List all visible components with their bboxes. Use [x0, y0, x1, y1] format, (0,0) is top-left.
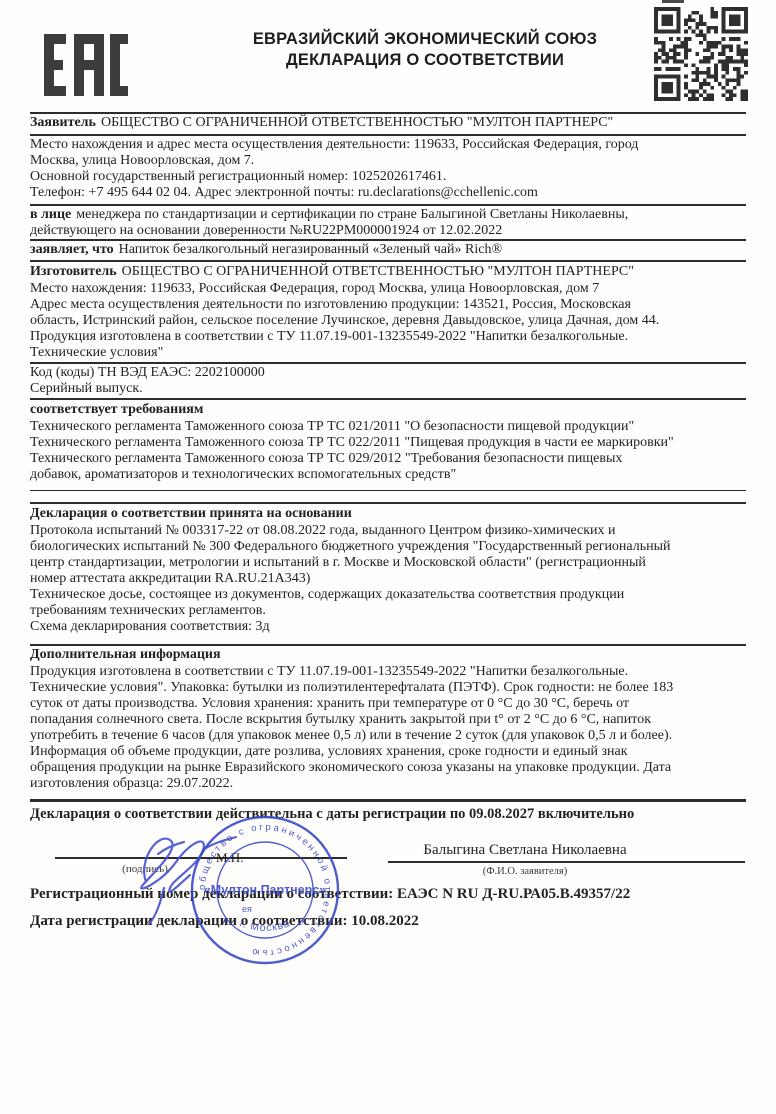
document-page: ЕВРАЗИЙСКИЙ ЭКОНОМИЧЕСКИЙ СОЮЗ ДЕКЛАРАЦИ… — [0, 0, 776, 1114]
basis-line: Протокола испытаний № 003317-22 от 08.08… — [30, 523, 746, 539]
representative-row: в лицеменеджера по стандартизации и серт… — [30, 207, 746, 223]
manufacturer-value: ОБЩЕСТВО С ОГРАНИЧЕННОЙ ОТВЕТСТВЕННОСТЬЮ… — [122, 264, 634, 279]
basis-line: Техническое досье, состоящее из документ… — [30, 587, 746, 603]
divider-line — [30, 502, 746, 504]
svg-text:г. Москва: г. Москва — [238, 917, 292, 934]
manufacturer-detail-line: Место нахождения: 119633, Российская Фед… — [30, 281, 746, 297]
compliance-line: Технического регламента Таможенного союз… — [30, 435, 746, 451]
tnved-code-line: Код (коды) ТН ВЭД ЕАЭС: 2202100000 — [30, 365, 746, 381]
compliance-line: добавок, ароматизаторов и технологически… — [30, 467, 746, 483]
fio-line — [388, 861, 745, 863]
divider-line — [30, 204, 746, 206]
divider-line — [30, 799, 746, 802]
applicant-value: ОБЩЕСТВО С ОГРАНИЧЕННОЙ ОТВЕТСТВЕННОСТЬЮ… — [101, 115, 613, 130]
manufacturer-detail-line: Адрес места осуществления деятельности п… — [30, 297, 746, 313]
document-header: ЕВРАЗИЙСКИЙ ЭКОНОМИЧЕСКИЙ СОЮЗ ДЕКЛАРАЦИ… — [150, 29, 700, 71]
manufacturer-row: ИзготовительОБЩЕСТВО С ОГРАНИЧЕННОЙ ОТВЕ… — [30, 264, 746, 280]
union-title: ЕВРАЗИЙСКИЙ ЭКОНОМИЧЕСКИЙ СОЮЗ — [150, 29, 700, 50]
divider-line — [30, 398, 746, 400]
basis-line: требованиям технических регламентов. — [30, 603, 746, 619]
product-name: Напиток безалкогольный негазированный «З… — [119, 242, 502, 257]
stamp-city-text: г. Москва — [238, 917, 292, 934]
basis-line: Схема декларирования соответствия: 3д — [30, 619, 746, 635]
stamp-star-left: * — [222, 916, 227, 931]
additional-info-line: суток от даты производства. Условия хран… — [30, 696, 746, 712]
representative-label: в лице — [30, 207, 71, 222]
divider-line — [30, 134, 746, 136]
declarant-name: Балыгина Светлана Николаевна — [390, 842, 660, 858]
additional-info-line: Информация об объеме продукции, дате роз… — [30, 744, 746, 760]
declares-row: заявляет, чтоНапиток безалкогольный нега… — [30, 242, 746, 258]
applicant-ogrn-line: Основной государственный регистрационный… — [30, 169, 746, 185]
stamp-fragment: ея — [242, 904, 252, 914]
additional-info-heading: Дополнительная информация — [30, 647, 746, 663]
applicant-label: Заявитель — [30, 115, 96, 130]
additional-info-line: Технические условия". Упаковка: бутылки … — [30, 680, 746, 696]
representative-line1: менеджера по стандартизации и сертификац… — [76, 207, 628, 222]
basis-line: биологических испытаний № 300 Федерально… — [30, 539, 746, 555]
manufacturer-detail-line: Технические условия" — [30, 345, 746, 361]
divider-line — [30, 490, 746, 491]
compliance-line: Технического регламента Таможенного союз… — [30, 419, 746, 435]
document-title: ДЕКЛАРАЦИЯ О СООТВЕТСТВИИ — [150, 50, 700, 71]
compliance-line: Технического регламента Таможенного союз… — [30, 451, 746, 467]
manufacturer-detail-line: область, Истринский район, сельское посе… — [30, 313, 746, 329]
divider-line — [30, 112, 746, 114]
basis-line: номер аттестата аккредитации RA.RU.21А34… — [30, 571, 746, 587]
divider-line — [30, 644, 746, 646]
applicant-contact-line: Телефон: +7 495 644 02 04. Адрес электро… — [30, 185, 746, 201]
compliance-heading: соответствует требованиям — [30, 402, 746, 418]
applicant-row: ЗаявительОБЩЕСТВО С ОГРАНИЧЕННОЙ ОТВЕТСТ… — [30, 115, 746, 131]
fio-caption: (Ф.И.О. заявителя) — [390, 864, 660, 880]
additional-info-line: употребить в течение 6 часов (для упаков… — [30, 728, 746, 744]
serial-output-line: Серийный выпуск. — [30, 381, 746, 397]
stamp-company-name: «Мултон Партнерс» — [204, 883, 326, 897]
divider-line — [30, 239, 746, 241]
representative-line2: действующего на основании доверенности №… — [30, 223, 746, 239]
additional-info-line: изготовления образца: 29.07.2022. — [30, 776, 746, 792]
basis-heading: Декларация о соответствии принята на осн… — [30, 506, 746, 522]
basis-line: центр стандартизации, метрологии и испыт… — [30, 555, 746, 571]
declares-label: заявляет, что — [30, 242, 114, 257]
manufacturer-label: Изготовитель — [30, 264, 117, 279]
eac-mark-logo — [44, 34, 128, 96]
scan-artifact — [662, 0, 684, 3]
company-stamp: общество с ограниченной ответственностью… — [187, 812, 343, 968]
manufacturer-detail-line: Продукция изготовлена в соответствии с Т… — [30, 329, 746, 345]
divider-line — [30, 362, 746, 364]
applicant-address-line: Место нахождения и адрес места осуществл… — [30, 137, 746, 153]
stamp-star-right: * — [301, 916, 306, 931]
qr-code — [654, 7, 748, 101]
applicant-address-line: Москва, улица Новоорловская, дом 7. — [30, 153, 746, 169]
divider-line — [30, 260, 746, 262]
additional-info-line: Продукция изготовлена в соответствии с Т… — [30, 664, 746, 680]
additional-info-line: попадания солнечного света. После вскрыт… — [30, 712, 746, 728]
additional-info-line: обращения продукции на рынке Евразийског… — [30, 760, 746, 776]
